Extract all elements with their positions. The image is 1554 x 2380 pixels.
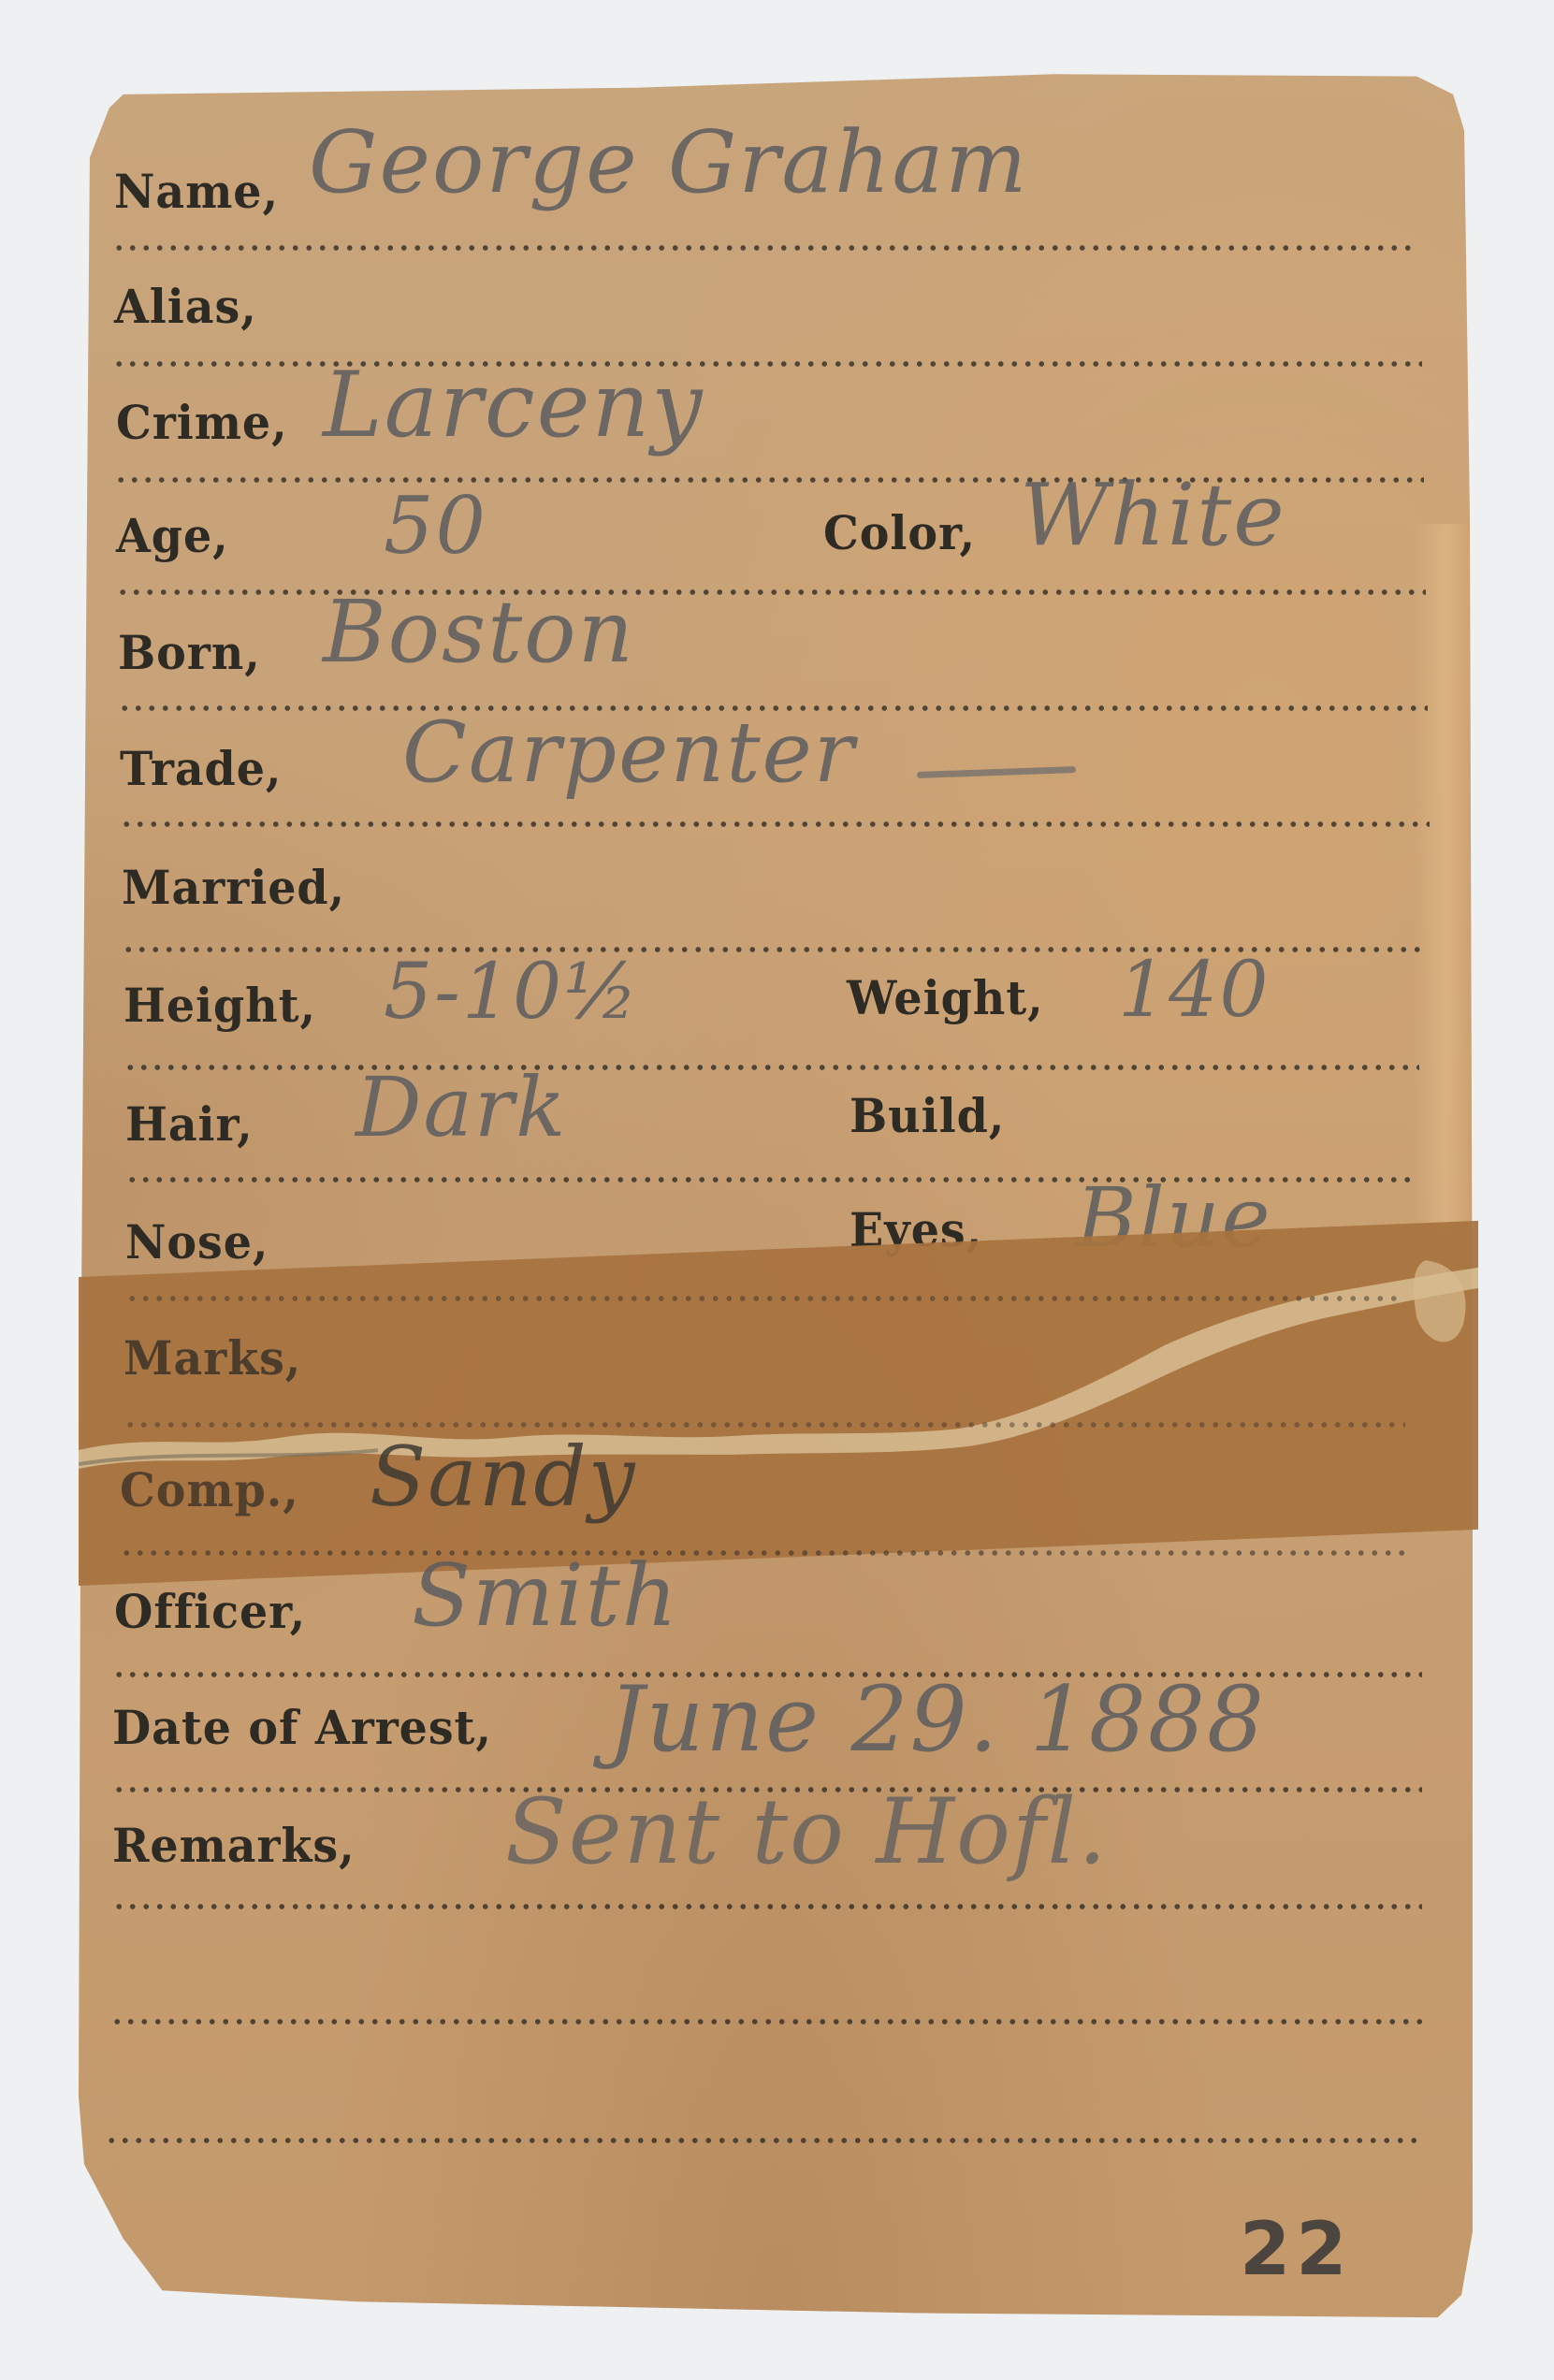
label-remarks: Remarks,: [112, 1822, 356, 1869]
value-weight: 140: [1118, 952, 1271, 1029]
dotted-line: [112, 361, 1422, 367]
dotted-line: [123, 1422, 1405, 1428]
value-trade: Carpenter: [402, 711, 856, 795]
value-crime: Larceny: [323, 360, 704, 450]
adhesive-tape-band: [79, 1221, 1478, 1586]
value-comp: Sandy: [370, 1436, 636, 1518]
label-weight: Weight,: [847, 975, 1044, 1022]
label-build: Build,: [850, 1093, 1005, 1139]
dotted-line: [105, 2138, 1424, 2143]
label-born: Born,: [118, 630, 261, 676]
label-date-of-arrest: Date of Arrest,: [112, 1705, 492, 1751]
value-officer: Smith: [412, 1553, 679, 1639]
value-born: Boston: [323, 589, 635, 675]
value-color: White: [1020, 472, 1286, 559]
label-nose: Nose,: [125, 1219, 269, 1266]
value-remarks: Sent to Hofl.: [505, 1787, 1109, 1877]
dotted-line: [120, 821, 1430, 827]
dotted-line: [120, 1550, 1411, 1556]
dotted-line: [110, 2019, 1425, 2024]
value-age: 50: [384, 486, 487, 565]
label-alias: Alias,: [114, 283, 257, 330]
label-married: Married,: [122, 864, 345, 911]
dotted-line: [116, 589, 1426, 595]
dotted-line: [125, 1296, 1398, 1301]
tape-tear-mark: [79, 1221, 1478, 1586]
label-crime: Crime,: [116, 399, 288, 446]
label-comp: Comp.,: [120, 1467, 299, 1514]
label-height: Height,: [123, 982, 316, 1029]
value-date-of-arrest: June 29. 1888: [608, 1675, 1266, 1764]
label-trade: Trade,: [120, 746, 282, 792]
card-number: 22: [1240, 2208, 1353, 2292]
dotted-line: [123, 1065, 1419, 1070]
label-hair: Hair,: [125, 1101, 254, 1148]
value-name: George Graham: [309, 120, 1029, 206]
dotted-line: [112, 1904, 1422, 1909]
dotted-line: [112, 245, 1413, 251]
label-name: Name,: [114, 168, 279, 215]
label-officer: Officer,: [114, 1589, 306, 1635]
label-marks: Marks,: [123, 1335, 301, 1382]
value-hair: Dark: [356, 1067, 567, 1149]
label-color: Color,: [823, 510, 976, 557]
label-age: Age,: [116, 513, 229, 559]
value-height: 5-10½: [384, 954, 640, 1031]
